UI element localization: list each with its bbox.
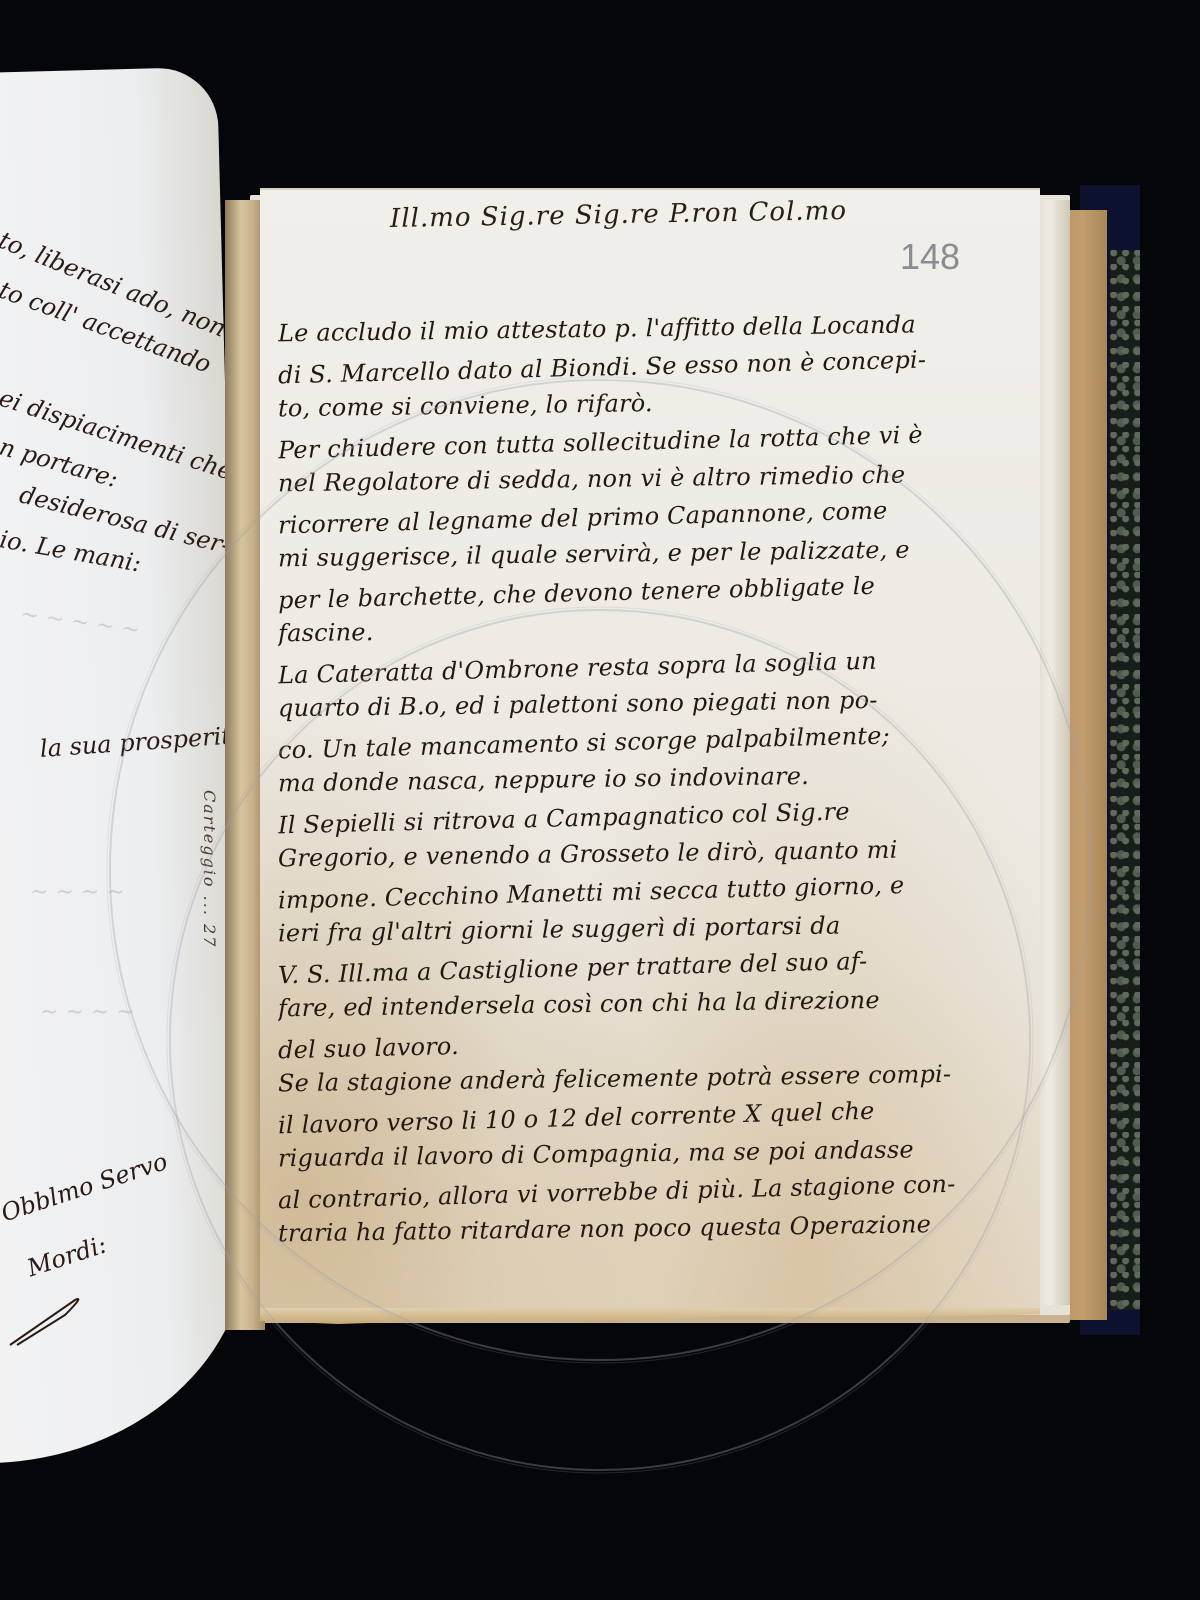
folio-number: 148 [900, 236, 960, 278]
letter-body: Le accludo il mio attestato p. l'affitto… [278, 310, 1043, 1248]
book-gutter [225, 200, 265, 1330]
margin-annotation: Carteggio ... 27 [200, 790, 219, 948]
manuscript-photo: to, liberasi ado, non o to coll' accetta… [0, 0, 1200, 1600]
bleed-through-text: ~ ~ ~ ~ [40, 1000, 135, 1025]
signature-flourish-icon [5, 1290, 95, 1350]
main-letter-page: Ill.mo Sig.re Sig.re P.ron Col.mo 148 Le… [260, 188, 1040, 1310]
marbled-cover-edge [1110, 250, 1140, 1310]
bleed-through-text: ~ ~ ~ ~ [30, 880, 125, 905]
salutation: Ill.mo Sig.re Sig.re P.ron Col.mo [390, 196, 847, 234]
